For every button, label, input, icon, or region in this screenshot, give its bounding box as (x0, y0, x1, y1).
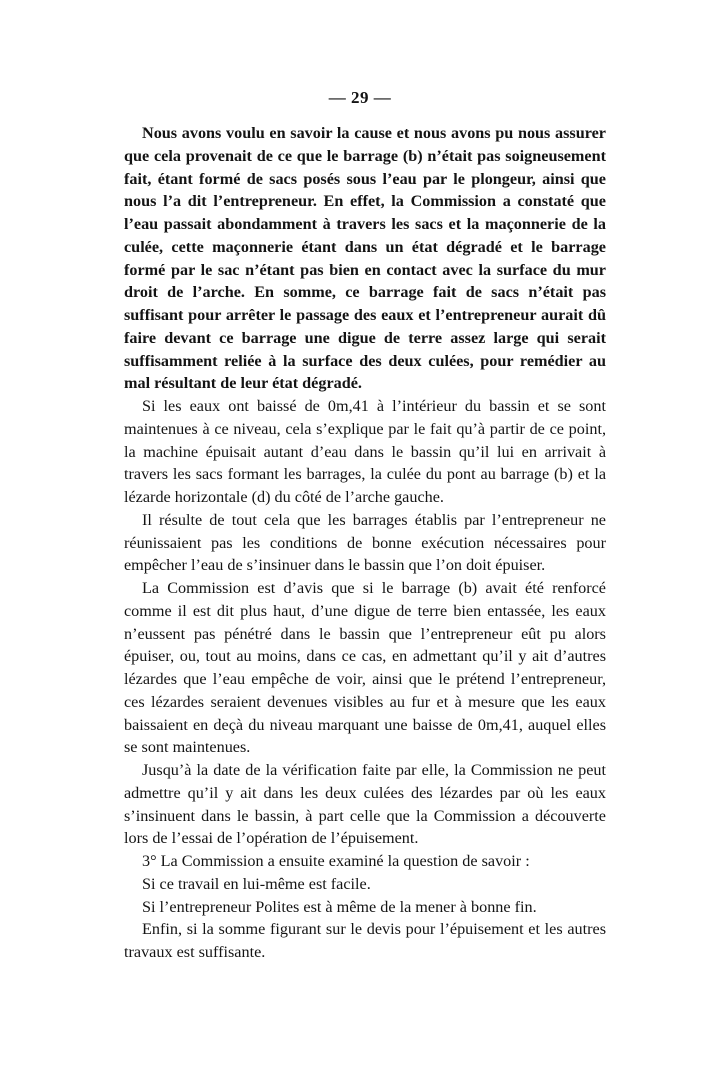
paragraph-1: Nous avons voulu en savoir la cause et n… (124, 122, 606, 395)
body-text: Nous avons voulu en savoir la cause et n… (124, 122, 606, 964)
paragraph-3: Il résulte de tout cela que les barrages… (124, 509, 606, 577)
paragraph-2: Si les eaux ont baissé de 0m,41 à l’inté… (124, 395, 606, 509)
paragraph-5: Jusqu’à la date de la vérification faite… (124, 759, 606, 850)
document-page: — 29 — Nous avons voulu en savoir la cau… (0, 0, 720, 1078)
paragraph-6: 3° La Commission a ensuite examiné la qu… (124, 850, 606, 873)
paragraph-7: Si ce travail en lui-même est facile. (124, 873, 606, 896)
paragraph-8: Si l’entrepreneur Polites est à même de … (124, 896, 606, 919)
paragraph-9: Enfin, si la somme figurant sur le devis… (124, 918, 606, 964)
page-number: — 29 — (0, 88, 720, 108)
paragraph-4: La Commission est d’avis que si le barra… (124, 577, 606, 759)
